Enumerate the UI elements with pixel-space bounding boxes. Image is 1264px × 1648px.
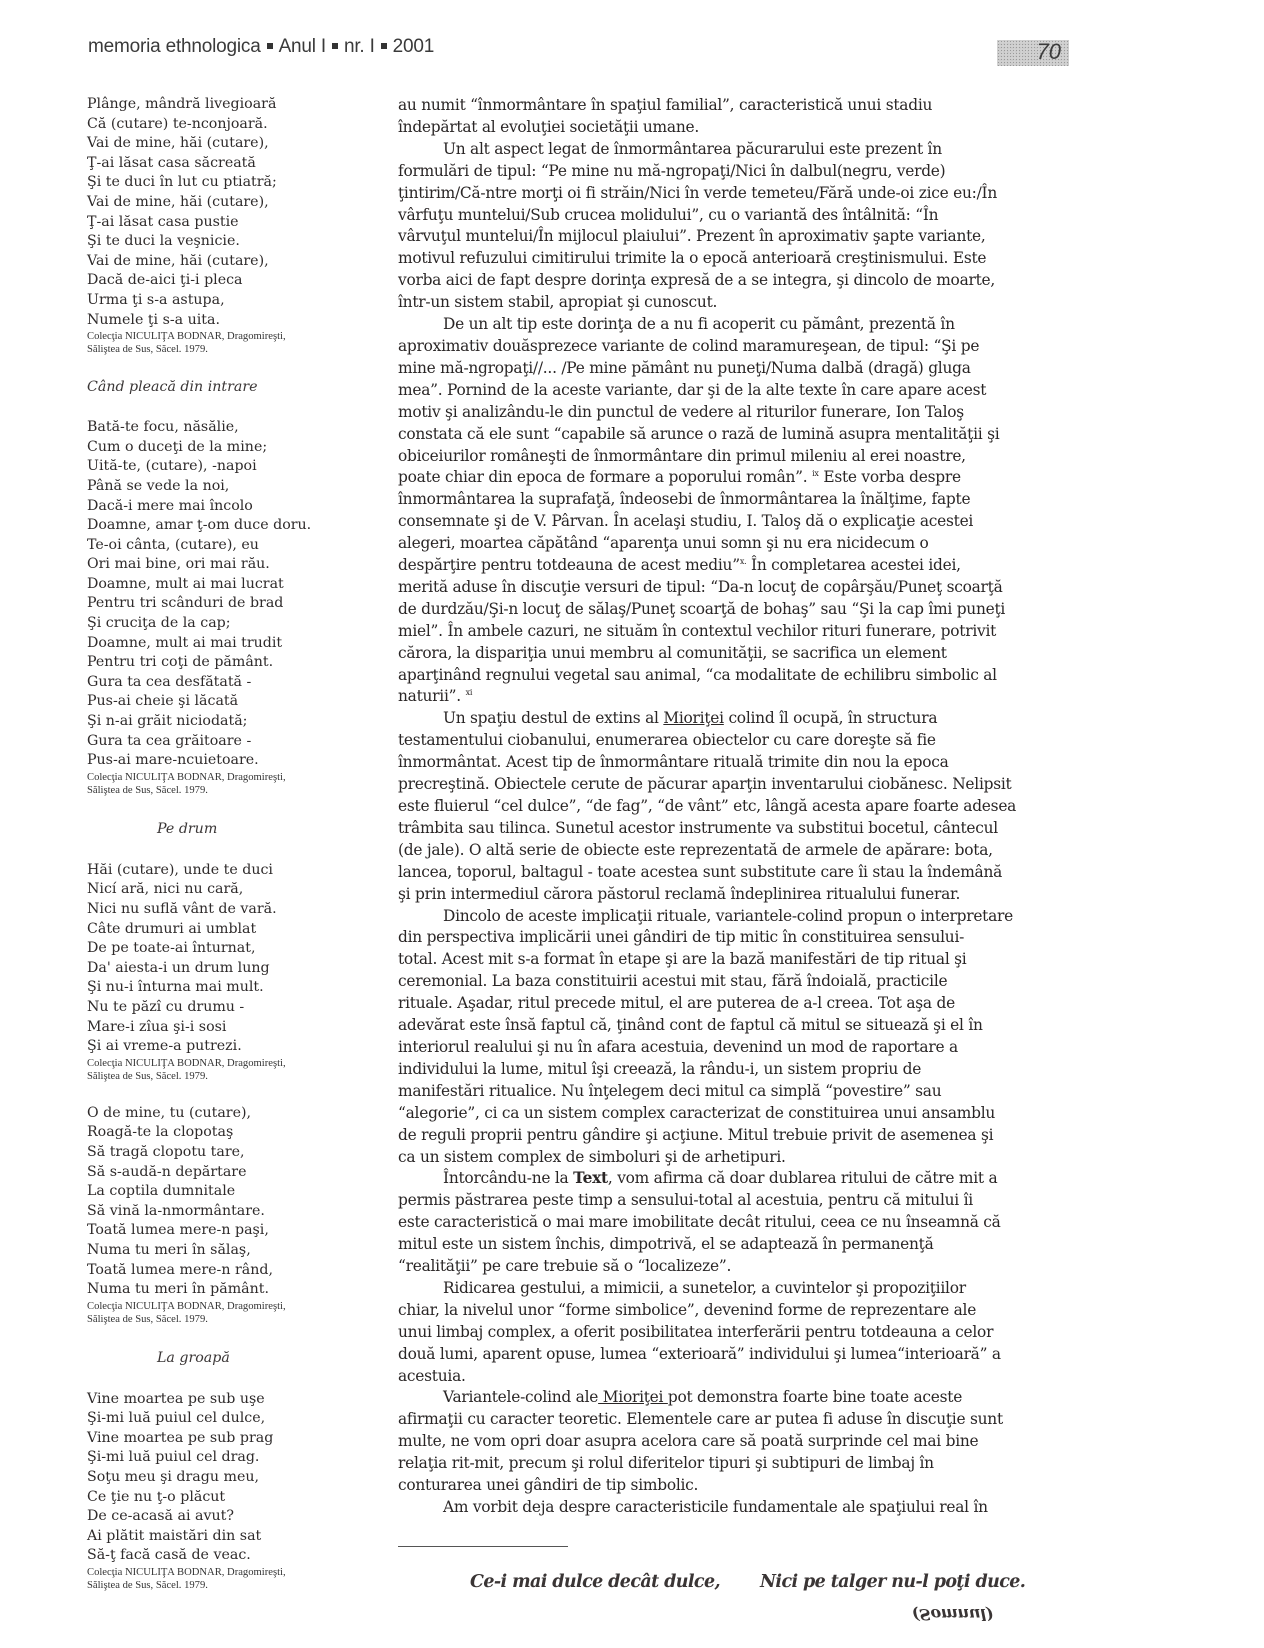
essay-line: rituale. Aşadar, ritul precede mitul, el… (398, 993, 1083, 1015)
poem-line: Te-oi cânta, (cutare), eu (87, 536, 377, 556)
poem-line: Vai de mine, hăi (cutare), (87, 193, 377, 213)
poem-line: Să-ţ facă casă de veac. (87, 1546, 377, 1566)
paragraph-start: Am vorbit deja despre caracteristicile f… (398, 1497, 1083, 1519)
essay-line: miel”. În ambele cazuri, ne situăm în co… (398, 621, 1083, 643)
poem-line: Numa tu meri în sălaş, (87, 1241, 377, 1261)
essay-line: adevărat este însă faptul că, ţinând con… (398, 1015, 1083, 1037)
poem-line: Toată lumea mere-n rând, (87, 1261, 377, 1281)
poem-line: Dacă de-aici ţi-i pleca (87, 271, 377, 291)
year-label: 2001 (393, 36, 434, 57)
essay-line: precreştină. Obiectele cerute de păcurar… (398, 774, 1083, 796)
poem-line: Roagă-te la clopotaş (87, 1123, 377, 1143)
poem-line: Şi nu-i înturna mai mult. (87, 978, 377, 998)
essay-line: din perspectiva implicării unei gândiri … (398, 927, 1083, 949)
poem-line: Ori mai bine, ori mai rău. (87, 555, 377, 575)
poem-source: Colecţia NICULIŢA BODNAR, Dragomireşti, (87, 771, 377, 784)
poem-line: Şi te duci în lut cu ptiatră; (87, 173, 377, 193)
essay-line: vârfuţu muntelui/Sub crucea molidului”, … (398, 205, 1083, 227)
poem-line: Să s-audă-n depărtare (87, 1163, 377, 1183)
poem-source: Colecţia NICULIŢA BODNAR, Dragomireşti, (87, 330, 377, 343)
essay-line: constata că ele sunt “capabile să arunce… (398, 424, 1083, 446)
poem-line: Cum o duceţi de la mine; (87, 438, 377, 458)
riddle-part-2: Nici pe talger nu-l poţi duce. (760, 1572, 1025, 1592)
poem-line: Mare-i zîua şi-i sosi (87, 1018, 377, 1038)
poem-source: Săliştea de Sus, Săcel. 1979. (87, 1579, 377, 1592)
essay-line: obiceiurilor româneşti de înmormântare d… (398, 446, 1083, 468)
poem-line: Pus-ai cheie şi lăcată (87, 692, 377, 712)
essay-line: este fluierul “cel dulce”, “de fag”, “de… (398, 796, 1083, 818)
poem-line: O de mine, tu (cutare), (87, 1104, 377, 1124)
poem-line: Să vină la-nmormântare. (87, 1202, 377, 1222)
essay-line: cărora, la dispariţia unui membru al com… (398, 643, 1083, 665)
volume-label: Anul I (279, 36, 326, 57)
poem-source: Colecţia NICULIŢA BODNAR, Dragomireşti, (87, 1057, 377, 1070)
poem-line: Să tragă clopotu tare, (87, 1143, 377, 1163)
essay-line: aproximativ douăsprezece variante de col… (398, 336, 1083, 358)
essay-line: “realităţii” pe care trebuie să o “local… (398, 1256, 1083, 1278)
essay-line: aparţinând regnului vegetal sau animal, … (398, 665, 1083, 687)
essay-line: formulări de tipul: “Pe mine nu mă-ngrop… (398, 161, 1083, 183)
poem-line: Doamne, mult ai mai trudit (87, 634, 377, 654)
essay-line: ţintirim/Că-ntre morţi oi fi străin/Nici… (398, 183, 1083, 205)
poem-line: Pentru tri scânduri de brad (87, 594, 377, 614)
poem-line: Şi cruciţa de la cap; (87, 614, 377, 634)
paragraph-start: De un alt tip este dorinţa de a nu fi ac… (398, 314, 1083, 336)
issue-label: nr. I (344, 36, 375, 57)
essay-line: chiar, la nivelul unor “forme simbolice”… (398, 1300, 1083, 1322)
poem-line: De pe toate-ai înturnat, (87, 939, 377, 959)
poem-line: Toată lumea mere-n paşi, (87, 1221, 377, 1241)
poem-line: Doamne, mult ai mai lucrat (87, 575, 377, 595)
poem-line: Gura ta cea grăitoare - (87, 732, 377, 752)
paragraph-start: Dincolo de aceste implicaţii rituale, va… (398, 906, 1083, 928)
riddle-answer-upside-down: (Somnul) (912, 1605, 993, 1624)
poem-line: Vai de mine, hăi (cutare), (87, 252, 377, 272)
poem-line: Uită-te, (cutare), -napoi (87, 457, 377, 477)
page-number-badge: 70 (997, 40, 1069, 66)
essay-line: ceremonial. La baza constituirii acestui… (398, 971, 1083, 993)
essay-line: despărţire pentru totdeauna de acest med… (398, 555, 1083, 577)
line-text: pot demonstra foarte bine toate aceste (668, 1388, 962, 1406)
paragraph-start: Un alt aspect legat de înmormântarea păc… (398, 139, 1083, 161)
essay-line: îndepărtat al evoluţiei societăţii umane… (398, 117, 1083, 139)
line-text: naturii”. (398, 687, 461, 705)
essay-line: mitul este un sistem închis, dimpotrivă,… (398, 1234, 1083, 1256)
poem-1: Plânge, mândră livegioară Că (cutare) te… (87, 95, 377, 356)
paragraph-start: Variantele-colind ale Mioriţei pot demon… (398, 1387, 1083, 1409)
essay-line: înmormântat. Acest tip de înmormântare r… (398, 752, 1083, 774)
essay-line: lancea, toporul, baltagul - toate aceste… (398, 862, 1083, 884)
poem-line: Soţu meu şi dragu meu, (87, 1468, 377, 1488)
poem-line: Pentru tri coţi de pământ. (87, 653, 377, 673)
poem-line: Vine moartea pe sub prag (87, 1429, 377, 1449)
essay-line: ca un sistem complex de simboluri şi de … (398, 1147, 1083, 1169)
riddle-part-1: Ce-i mai dulce decât dulce, (470, 1572, 720, 1592)
poem-line: Şi-mi luă puiul cel drag. (87, 1448, 377, 1468)
poem-source: Săliştea de Sus, Săcel. 1979. (87, 784, 377, 797)
poem-line: Gura ta cea desfătată - (87, 673, 377, 693)
essay-line: unui limbaj complex, a oferit posibilita… (398, 1322, 1083, 1344)
essay-line: permis păstrarea peste timp a sensului-t… (398, 1190, 1083, 1212)
essay-line: înmormântarea la suprafaţă, îndeosebi de… (398, 489, 1083, 511)
essay-line: poate chiar din epoca de formare a popor… (398, 467, 1083, 489)
poem-line: Ţ-ai lăsat casa pustie (87, 213, 377, 233)
poem-line: Doamne, amar ţ-om duce doru. (87, 516, 377, 536)
text-bold-term: Text (573, 1169, 608, 1187)
line-text: despărţire pentru totdeauna de acest med… (398, 556, 740, 574)
black-square-icon (332, 43, 338, 49)
poem-2: Bată-te focu, năsălie, Cum o duceţi de l… (87, 418, 377, 797)
poem-line: Ţ-ai lăsat casa săcreată (87, 154, 377, 174)
poem-line: La coptila dumnitale (87, 1182, 377, 1202)
essay-line: motiv şi analizându-le din punctul de ve… (398, 402, 1083, 424)
poem-line: Vai de mine, hăi (cutare), (87, 134, 377, 154)
poem-source: Colecţia NICULIŢA BODNAR, Dragomireşti, (87, 1566, 377, 1579)
essay-line: două lumi, aparent opuse, lumea “exterio… (398, 1344, 1083, 1366)
poem-line: Bată-te focu, năsălie, (87, 418, 377, 438)
essay-line: interiorul realului şi nu în afara acest… (398, 1037, 1083, 1059)
essay-line: într-un sistem stabil, apropiat şi cunos… (398, 292, 1083, 314)
essay-line: individului la lume, mitul îşi creează, … (398, 1059, 1083, 1081)
poem-line: Numele ţi s-a uita. (87, 311, 377, 331)
essay-line: “alegorie”, ci ca un sistem complex cara… (398, 1103, 1083, 1125)
poem-source: Săliştea de Sus, Săcel. 1979. (87, 1070, 377, 1083)
poem-title: Pe drum (87, 819, 377, 839)
poem-line: Nu te păzî cu drumu - (87, 998, 377, 1018)
essay-line: multe, ne vom opri doar asupra acelora c… (398, 1431, 1083, 1453)
poem-line: Plânge, mândră livegioară (87, 95, 377, 115)
essay-line: afirmaţii cu caracter teoretic. Elemente… (398, 1409, 1083, 1431)
essay-line: (de jale). O altă serie de obiecte este … (398, 840, 1083, 862)
essay-line: alegeri, moartea căpătând “aparenţa unui… (398, 533, 1083, 555)
essay-line: trâmbita sau tilinca. Sunetul acestor in… (398, 818, 1083, 840)
line-text: În completarea acestei idei, (746, 556, 960, 574)
poem-5: Vine moartea pe sub uşe Şi-mi luă puiul … (87, 1390, 377, 1592)
footnote-ref-xi[interactable]: xi (466, 688, 473, 697)
page-number: 70 (1037, 39, 1061, 65)
poem-line: Şi-mi luă puiul cel dulce, (87, 1409, 377, 1429)
poem-line: Pus-ai mare-ncuietoare. (87, 751, 377, 771)
line-text: Variantele-colind ale (443, 1388, 598, 1406)
essay-line: mine mă-ngropaţi//... /Pe mine pământ nu… (398, 358, 1083, 380)
footnote-ref-ix[interactable]: ix (812, 469, 819, 478)
essay-line: manifestări ritualice. Nu înţelegem deci… (398, 1081, 1083, 1103)
line-text: poate chiar din epoca de formare a popor… (398, 468, 807, 486)
essay-line: este caracteristică o mai mare imobilita… (398, 1212, 1083, 1234)
poem-line: Că (cutare) te-nconjoară. (87, 115, 377, 135)
poem-line: Şi ai vreme-a putrezi. (87, 1037, 377, 1057)
journal-title: memoria ethnologica (88, 36, 261, 57)
poem-line: Şi te duci la veşnicie. (87, 232, 377, 252)
poem-4: O de mine, tu (cutare), Roagă-te la clop… (87, 1104, 377, 1326)
essay-line: vârvuţul muntelui/În mijlocul plaiului”.… (398, 226, 1083, 248)
essay-line: de durdzău/Şi-n locuţ de sălaş/Puneţ sco… (398, 599, 1083, 621)
essay-line: acestuia. (398, 1366, 1083, 1388)
essay-line: vorba aici de fapt despre dorinţa expres… (398, 270, 1083, 292)
poem-title: Când pleacă din intrare (87, 377, 377, 397)
running-header: memoria ethnologicaAnul Inr. I2001 (88, 36, 434, 58)
poem-line: Vine moartea pe sub uşe (87, 1390, 377, 1410)
poem-title: La groapă (87, 1348, 377, 1368)
essay-line: motivul refuzului cimitirului trimite la… (398, 248, 1083, 270)
essay-column: au numit “înmormântare în spaţiul famili… (398, 95, 1083, 1519)
paragraph-start: Un spaţiu destul de extins al Mioriţei c… (398, 708, 1083, 730)
poem-line: Dacă-i mere mai încolo (87, 497, 377, 517)
poem-line: Nicí ară, nici nu cară, (87, 880, 377, 900)
essay-line: şi prin intermediul cărora păstorul recl… (398, 884, 1083, 906)
essay-line: naturii”. xi (398, 686, 1083, 708)
poem-source: Săliştea de Sus, Săcel. 1979. (87, 343, 377, 356)
poem-source: Colecţia NICULIŢA BODNAR, Dragomireşti, (87, 1300, 377, 1313)
poem-line: Ai plătit maistări din sat (87, 1527, 377, 1547)
line-text: , vom afirma că doar dublarea ritului de… (608, 1169, 998, 1187)
poem-line: Până se vede la noi, (87, 477, 377, 497)
essay-line: relaţia rit-mit, precum şi rolul diferit… (398, 1453, 1083, 1475)
line-text: Un spaţiu destul de extins al (443, 709, 659, 727)
mioritei-link[interactable]: Mioriţei (663, 709, 723, 727)
poem-line: De ce-acasă ai avut? (87, 1507, 377, 1527)
line-text: Întorcându-ne la (443, 1169, 568, 1187)
footnote-divider (398, 1546, 568, 1547)
essay-line: consemnate şi de V. Pârvan. În acelaşi s… (398, 511, 1083, 533)
essay-line: mea”. Pornind de la aceste variante, dar… (398, 380, 1083, 402)
black-square-icon (267, 43, 273, 49)
poem-source: Săliştea de Sus, Săcel. 1979. (87, 1313, 377, 1326)
poem-line: Da' aiesta-i un drum lung (87, 959, 377, 979)
poem-line: Hăi (cutare), unde te duci (87, 861, 377, 881)
poem-line: Ce ţie nu ţ-o plăcut (87, 1488, 377, 1508)
essay-line: testamentului ciobanului, enumerarea obi… (398, 730, 1083, 752)
poem-line: Câte drumuri ai umblat (87, 920, 377, 940)
essay-line: merită aduse în discuţie versuri de tipu… (398, 577, 1083, 599)
poem-line: Urma ţi s-a astupa, (87, 291, 377, 311)
poem-line: Nici nu suflă vânt de vară. (87, 900, 377, 920)
paragraph-start: Ridicarea gestului, a mimicii, a sunetel… (398, 1278, 1083, 1300)
essay-line: conturarea unei gândiri de tip simbolic. (398, 1475, 1083, 1497)
stanza-gap (87, 1083, 377, 1104)
line-text: colind îl ocupă, în structura (724, 709, 937, 727)
black-square-icon (381, 43, 387, 49)
essay-line: de reguli proprii pentru gândire şi acţi… (398, 1125, 1083, 1147)
line-text: Este vorba despre (819, 468, 961, 486)
poems-column: Plânge, mândră livegioară Că (cutare) te… (87, 95, 377, 1592)
essay-line: au numit “înmormântare în spaţiul famili… (398, 95, 1083, 117)
mioritei-link[interactable]: Mioriţei (598, 1388, 668, 1406)
essay-line: total. Acest mit s-a format în etape şi … (398, 949, 1083, 971)
poem-line: Şi n-ai grăit niciodată; (87, 712, 377, 732)
paragraph-start: Întorcându-ne la Text, vom afirma că doa… (398, 1168, 1083, 1190)
poem-line: Numa tu meri în pământ. (87, 1280, 377, 1300)
poem-3: Hăi (cutare), unde te duci Nicí ară, nic… (87, 861, 377, 1083)
